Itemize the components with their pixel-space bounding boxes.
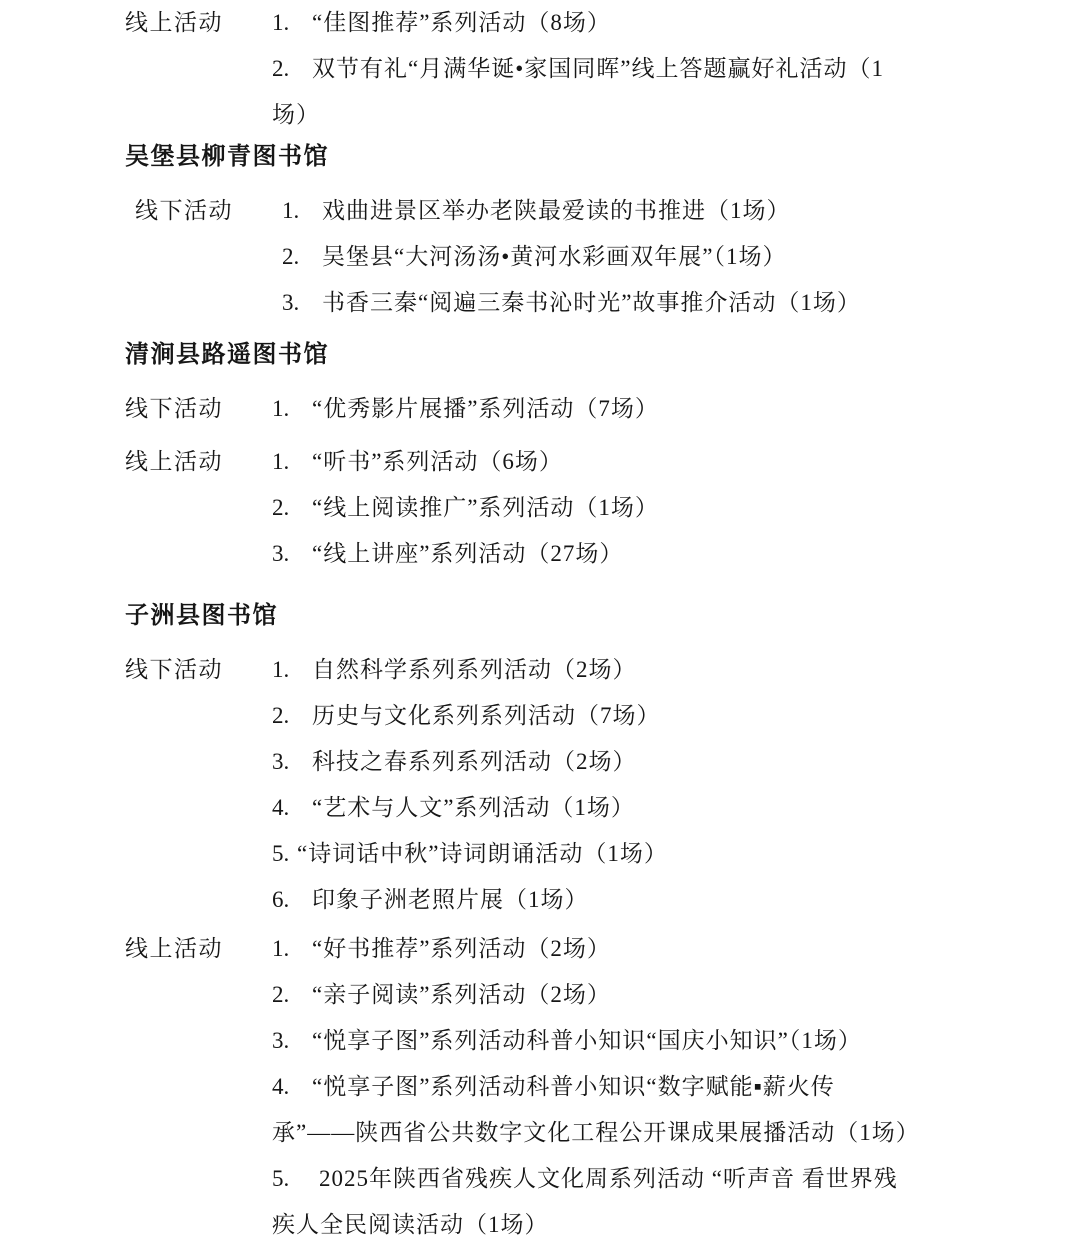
item-text: 印象子洲老照片展（1场） [312,887,589,912]
item-number: 1. [272,926,312,972]
activity-item: 1.“佳图推荐”系列活动（8场） [272,0,1080,46]
activity-group: 线下活动1.自然科学系列系列活动（2场）2.历史与文化系列系列活动（7场）3.科… [0,647,1080,923]
item-text: 双节有礼“月满华诞•家国同晖”线上答题赢好礼活动（1 [312,56,884,81]
item-text: “好书推荐”系列活动（2场） [312,936,611,961]
activity-items: 1.戏曲进景区举办老陕最爱读的书推进（1场）2.吴堡县“大河汤汤•黄河水彩画双年… [282,188,1080,326]
library-heading: 吴堡县柳青图书馆 [125,134,1080,180]
activity-item: 1.“听书”系列活动（6场） [272,439,1080,485]
item-text: 场） [272,102,320,127]
activity-item-continuation: 疾人全民阅读活动（1场） [272,1202,1080,1242]
item-number: 2. [272,46,312,92]
item-text: “佳图推荐”系列活动（8场） [312,10,611,35]
item-number: 4. [272,1064,312,1110]
item-number: 1. [282,188,322,234]
activity-item: 1.“优秀影片展播”系列活动（7场） [272,386,1080,432]
activity-item-continuation: 承”——陕西省公共数字文化工程公开课成果展播活动（1场） [272,1110,1080,1156]
activity-item: 3.“悦享子图”系列活动科普小知识“国庆小知识”（1场） [272,1018,1080,1064]
activity-item: 4.“艺术与人文”系列活动（1场） [272,785,1080,831]
activity-items: 1.“听书”系列活动（6场）2.“线上阅读推广”系列活动（1场）3.“线上讲座”… [272,439,1080,577]
activity-item-continuation: 场） [272,92,1080,138]
activity-type-label: 线上活动 [125,0,272,46]
activity-item: 3.书香三秦“阅遍三秦书沁时光”故事推介活动（1场） [282,280,1080,326]
activity-type-label: 线下活动 [135,188,282,234]
activity-item: 1.“好书推荐”系列活动（2场） [272,926,1080,972]
item-number: 1. [272,439,312,485]
item-text: “优秀影片展播”系列活动（7场） [312,396,659,421]
item-text: 戏曲进景区举办老陕最爱读的书推进（1场） [322,198,791,223]
item-text: “诗词话中秋”诗词朗诵活动（1场） [297,841,668,866]
activity-items: 1.“佳图推荐”系列活动（8场）2.双节有礼“月满华诞•家国同晖”线上答题赢好礼… [272,0,1080,138]
item-number: 3. [272,739,312,785]
item-text: 承”——陕西省公共数字文化工程公开课成果展播活动（1场） [272,1120,920,1145]
library-heading: 清涧县路遥图书馆 [125,332,1080,378]
item-number: 6. [272,877,312,923]
item-number: 2. [272,693,312,739]
item-text: 科技之春系列系列活动（2场） [312,749,637,774]
activity-item: 5.“诗词话中秋”诗词朗诵活动（1场） [272,831,1080,877]
item-number: 1. [272,647,312,693]
item-text: “线上讲座”系列活动（27场） [312,541,623,566]
item-number: 2. [282,234,322,280]
activity-items: 1.自然科学系列系列活动（2场）2.历史与文化系列系列活动（7场）3.科技之春系… [272,647,1080,923]
item-text: “亲子阅读”系列活动（2场） [312,982,611,1007]
item-number: 5. [272,1156,319,1202]
activity-group: 线上活动1.“佳图推荐”系列活动（8场）2.双节有礼“月满华诞•家国同晖”线上答… [0,0,1080,138]
item-number: 1. [272,386,312,432]
activity-item: 6.印象子洲老照片展（1场） [272,877,1080,923]
activity-item: 2.“亲子阅读”系列活动（2场） [272,972,1080,1018]
item-text: “线上阅读推广”系列活动（1场） [312,495,659,520]
activity-items: 1.“优秀影片展播”系列活动（7场） [272,386,1080,432]
activity-item: 2.“线上阅读推广”系列活动（1场） [272,485,1080,531]
activity-item: 5.2025年陕西省残疾人文化周系列活动 “听声音 看世界残 [272,1156,1080,1202]
item-text: 疾人全民阅读活动（1场） [272,1212,549,1237]
item-number: 3. [282,280,322,326]
activity-item: 1.戏曲进景区举办老陕最爱读的书推进（1场） [282,188,1080,234]
item-number: 5. [272,831,297,877]
item-number: 1. [272,0,312,46]
item-text: “听书”系列活动（6场） [312,449,563,474]
activity-group: 线下活动1.“优秀影片展播”系列活动（7场） [0,386,1080,432]
activity-type-label: 线上活动 [125,926,272,972]
item-text: “悦享子图”系列活动科普小知识“国庆小知识”（1场） [312,1028,862,1053]
activity-item: 4.“悦享子图”系列活动科普小知识“数字赋能▪薪火传 [272,1064,1080,1110]
activity-item: 2.吴堡县“大河汤汤•黄河水彩画双年展”（1场） [282,234,1080,280]
activity-type-label: 线下活动 [125,647,272,693]
item-number: 2. [272,972,312,1018]
item-number: 3. [272,1018,312,1064]
activity-item: 3.“线上讲座”系列活动（27场） [272,531,1080,577]
activity-item: 2.历史与文化系列系列活动（7场） [272,693,1080,739]
item-text: “悦享子图”系列活动科普小知识“数字赋能▪薪火传 [312,1074,835,1099]
document-page: 线上活动1.“佳图推荐”系列活动（8场）2.双节有礼“月满华诞•家国同晖”线上答… [0,0,1080,1242]
activity-item: 2.双节有礼“月满华诞•家国同晖”线上答题赢好礼活动（1 [272,46,1080,92]
activity-item: 1.自然科学系列系列活动（2场） [272,647,1080,693]
item-number: 2. [272,485,312,531]
item-text: 2025年陕西省残疾人文化周系列活动 “听声音 看世界残 [319,1166,898,1191]
item-number: 3. [272,531,312,577]
activity-item: 3.科技之春系列系列活动（2场） [272,739,1080,785]
item-text: 历史与文化系列系列活动（7场） [312,703,661,728]
item-text: “艺术与人文”系列活动（1场） [312,795,635,820]
activity-type-label: 线上活动 [125,439,272,485]
item-text: 自然科学系列系列活动（2场） [312,657,637,682]
activity-group: 线上活动1.“好书推荐”系列活动（2场）2.“亲子阅读”系列活动（2场）3.“悦… [0,926,1080,1242]
item-text: 吴堡县“大河汤汤•黄河水彩画双年展”（1场） [322,244,786,269]
item-number: 4. [272,785,312,831]
activity-group: 线上活动1.“听书”系列活动（6场）2.“线上阅读推广”系列活动（1场）3.“线… [0,439,1080,577]
item-text: 书香三秦“阅遍三秦书沁时光”故事推介活动（1场） [322,290,861,315]
activity-items: 1.“好书推荐”系列活动（2场）2.“亲子阅读”系列活动（2场）3.“悦享子图”… [272,926,1080,1242]
activity-type-label: 线下活动 [125,386,272,432]
library-heading: 子洲县图书馆 [125,593,1080,639]
activity-group: 线下活动1.戏曲进景区举办老陕最爱读的书推进（1场）2.吴堡县“大河汤汤•黄河水… [0,188,1080,326]
